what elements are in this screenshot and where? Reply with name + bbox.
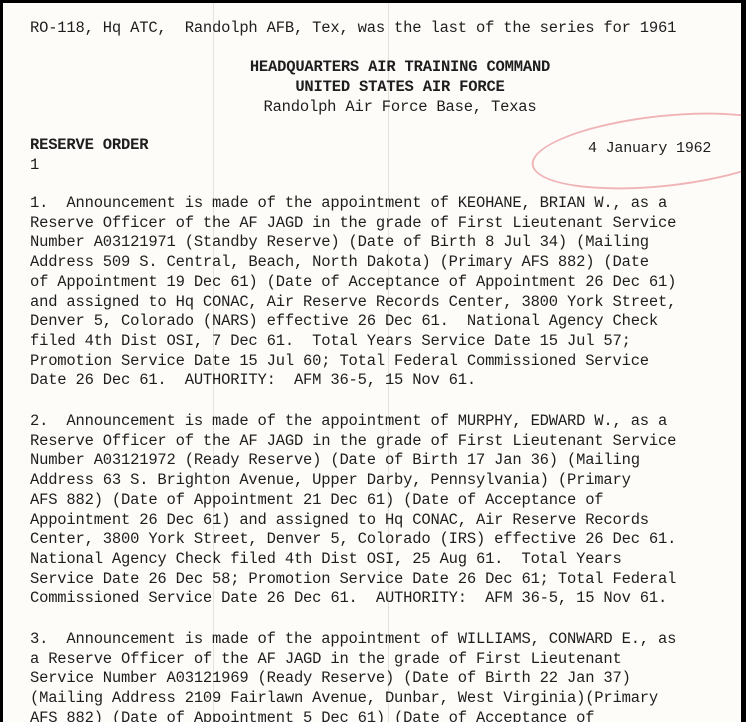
header-command: HEADQUARTERS AIR TRAINING COMMAND <box>3 58 741 76</box>
paragraph-line: Center, 3800 York Street, Denver 5, Colo… <box>30 530 676 550</box>
paragraph-line: Reserve Officer of the AF JAGD in the gr… <box>30 214 676 234</box>
header-location: Randolph Air Force Base, Texas <box>3 98 741 116</box>
paragraph-line: Service Date 26 Dec 58; Promotion Servic… <box>30 570 676 590</box>
order-number: 1 <box>30 156 39 174</box>
paragraph-line: Number A03121972 (Ready Reserve) (Date o… <box>30 451 676 471</box>
paragraph-line: National Agency Check filed 4th Dist OSI… <box>30 550 676 570</box>
paragraph-line: Commissioned Service Date 26 Dec 61. AUT… <box>30 589 676 609</box>
paragraph-line: Promotion Service Date 15 Jul 60; Total … <box>30 352 676 372</box>
paragraph-line: a Reserve Officer of the AF JAGD in the … <box>30 650 676 670</box>
paragraph-line: AFS 882) (Date of Appointment 5 Dec 61) … <box>30 709 676 722</box>
paragraph-line: filed 4th Dist OSI, 7 Dec 61. Total Year… <box>30 332 676 352</box>
paragraph-line: and assigned to Hq CONAC, Air Reserve Re… <box>30 293 676 313</box>
paragraph-3: 3. Announcement is made of the appointme… <box>30 630 676 722</box>
header-service: UNITED STATES AIR FORCE <box>3 78 741 96</box>
paragraph-line: Service Number A03121969 (Ready Reserve)… <box>30 669 676 689</box>
paragraph-line: (Mailing Address 2109 Fairlawn Avenue, D… <box>30 689 676 709</box>
paragraph-line: AFS 882) (Date of Appointment 21 Dec 61)… <box>30 491 676 511</box>
series-note: RO-118, Hq ATC, Randolph AFB, Tex, was t… <box>30 19 676 37</box>
order-label: RESERVE ORDER <box>30 136 148 154</box>
document-page: RO-118, Hq ATC, Randolph AFB, Tex, was t… <box>3 3 741 722</box>
paragraph-1: 1. Announcement is made of the appointme… <box>30 194 676 391</box>
paragraph-line: Denver 5, Colorado (NARS) effective 26 D… <box>30 312 676 332</box>
order-date: 4 January 1962 <box>588 140 711 157</box>
paragraph-2: 2. Announcement is made of the appointme… <box>30 412 676 609</box>
paragraph-line: 1. Announcement is made of the appointme… <box>30 194 676 214</box>
paragraph-line: of Appointment 19 Dec 61) (Date of Accep… <box>30 273 676 293</box>
paragraph-line: 3. Announcement is made of the appointme… <box>30 630 676 650</box>
paragraph-line: Reserve Officer of the AF JAGD in the gr… <box>30 432 676 452</box>
paragraph-line: Date 26 Dec 61. AUTHORITY: AFM 36-5, 15 … <box>30 371 676 391</box>
paragraph-line: Address 509 S. Central, Beach, North Dak… <box>30 253 676 273</box>
paragraph-line: 2. Announcement is made of the appointme… <box>30 412 676 432</box>
paragraph-line: Address 63 S. Brighton Avenue, Upper Dar… <box>30 471 676 491</box>
paragraph-line: Appointment 26 Dec 61) and assigned to H… <box>30 511 676 531</box>
paragraph-line: Number A03121971 (Standby Reserve) (Date… <box>30 233 676 253</box>
